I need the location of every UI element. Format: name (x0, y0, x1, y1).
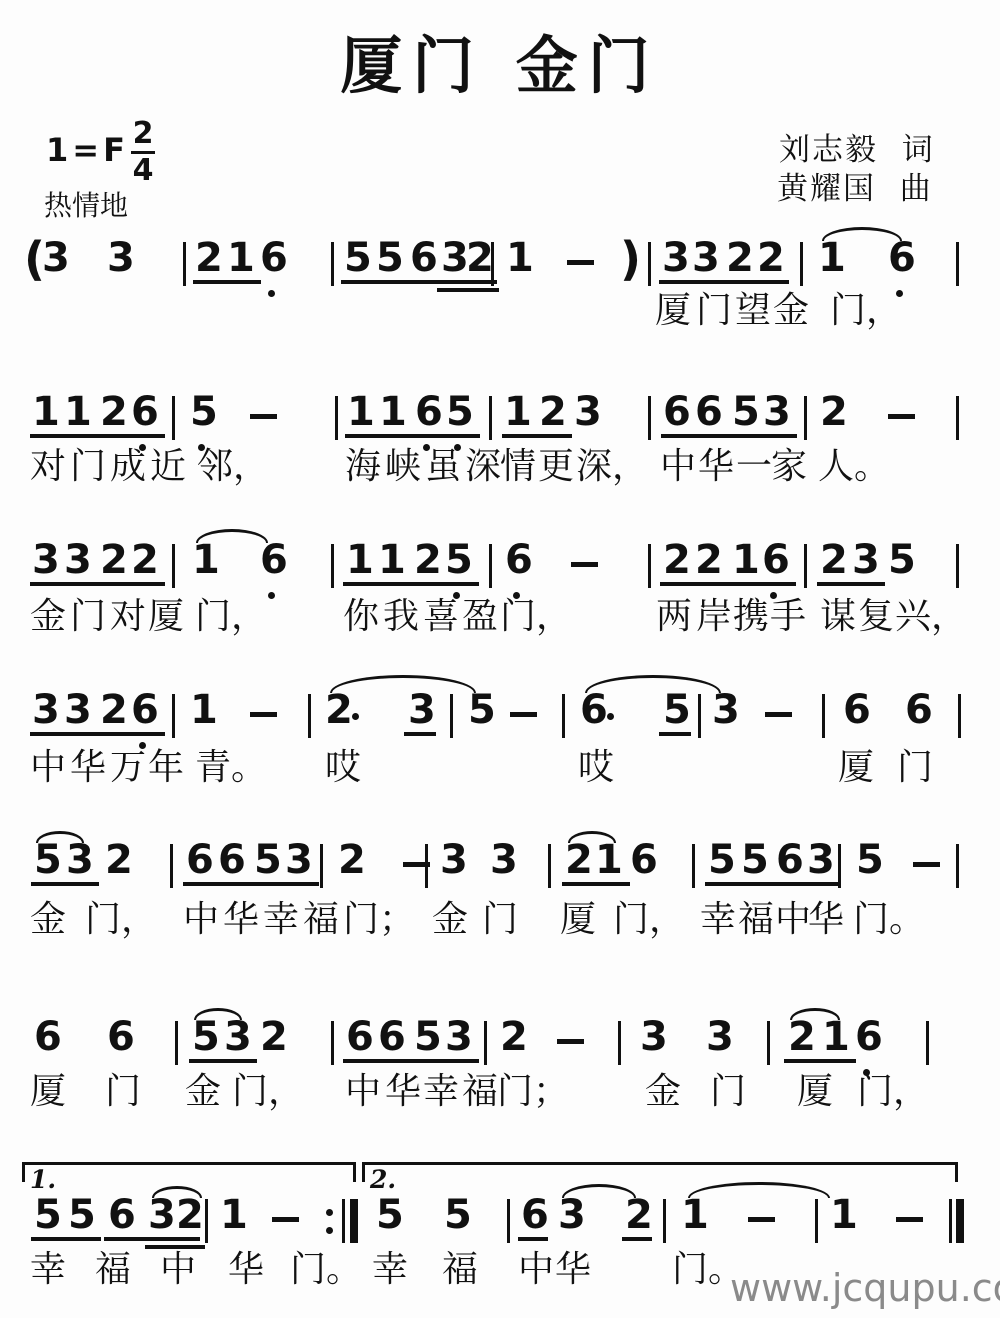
note-digit: 6 (260, 238, 288, 278)
barline (172, 396, 175, 440)
note-digit: 2 (131, 540, 159, 580)
beam-underline (562, 882, 630, 886)
note-digit: 3 (107, 238, 135, 278)
lyric-syllable: 人。 (818, 447, 890, 487)
note-digit: 3 (64, 540, 92, 580)
lyric-syllable: 门， (500, 597, 572, 637)
note-digit: 2 (757, 238, 785, 278)
lyric-syllable: 中 (183, 900, 219, 940)
lyric-syllable: 对 (110, 597, 146, 637)
note-digit: 1 (378, 540, 406, 580)
barline (507, 1199, 510, 1243)
lyric-syllable: 厦 (797, 1072, 833, 1112)
note-digit: 3 (445, 1017, 473, 1057)
note-digit: 2 (820, 540, 848, 580)
beam-underline (659, 732, 691, 736)
note-digit: 6 (888, 238, 916, 278)
slur-arc (196, 529, 268, 543)
lyric-syllable: 万 (110, 748, 146, 788)
lyric-syllable: 望 (735, 291, 771, 331)
note-digit: 2 (100, 392, 128, 432)
note-digit: 3 (42, 238, 70, 278)
duration-dash (896, 1217, 923, 1222)
note-digit: 6 (762, 540, 790, 580)
beam-underline (773, 882, 841, 886)
slur-arc (585, 675, 721, 693)
note-digit: 6 (34, 1017, 62, 1057)
duration-dash (272, 1217, 299, 1222)
slur-arc (790, 1008, 840, 1020)
note-digit: 2 (325, 690, 353, 730)
note-digit: 5 (254, 840, 282, 880)
duration-dash (250, 414, 277, 419)
slur-arc (194, 1008, 242, 1020)
barline (767, 1021, 770, 1065)
lyric-syllable: 华 (698, 447, 734, 487)
note-digit: 2 (176, 1195, 204, 1235)
note-digit: 3 (662, 238, 690, 278)
note-digit: 3 (285, 840, 313, 880)
note-digit: 1 (227, 238, 255, 278)
beam-underline (412, 434, 480, 438)
note-digit: 3 (763, 392, 791, 432)
lyric-syllable: 福 (95, 1250, 131, 1290)
lyric-syllable: 兴， (895, 597, 967, 637)
beam-underline (345, 434, 413, 438)
note-digit: 5 (444, 1195, 472, 1235)
note-digit: 3 (66, 840, 94, 880)
lyric-syllable: 两 (656, 597, 692, 637)
note-digit: 6 (695, 392, 723, 432)
note-digit: 3 (852, 540, 880, 580)
beam-underline (30, 732, 98, 736)
note-digit: 3 (440, 840, 468, 880)
note-digit: 2 (466, 238, 494, 278)
lyric-syllable: 厦 (560, 900, 596, 940)
barline (648, 242, 651, 286)
note-digit: 5 (376, 1195, 404, 1235)
lyric-syllable: 金 (185, 1072, 221, 1112)
repeat-dot (326, 1209, 333, 1216)
barline (648, 396, 651, 440)
slur-arc (568, 831, 616, 843)
note-digit: 3 (712, 690, 740, 730)
lyric-syllable: 门 (696, 291, 732, 331)
note-digit: 3 (408, 690, 436, 730)
lyric-syllable: 虽 (425, 447, 461, 487)
lyric-syllable: 门， (830, 291, 902, 331)
barline (172, 694, 175, 738)
beam-underline (729, 434, 797, 438)
note-digit: 2 (565, 840, 593, 880)
barline (308, 694, 311, 738)
duration-dash (510, 712, 537, 717)
note-digit: 3 (706, 1017, 734, 1057)
lyric-syllable: 近 (150, 447, 186, 487)
volta-bracket (22, 1162, 356, 1182)
augmentation-dot (352, 713, 359, 720)
barline (342, 1199, 345, 1243)
barline (331, 1021, 334, 1065)
note-digit: 3 (490, 840, 518, 880)
duration-dash (557, 1039, 584, 1044)
duration-dash (748, 1217, 775, 1222)
barline (331, 544, 334, 588)
lyric-syllable: 盈 (462, 597, 498, 637)
duration-dash (765, 712, 792, 717)
low-octave-dot (268, 592, 275, 599)
note-digit: 2 (100, 690, 128, 730)
lyric-syllable: 门 (482, 900, 518, 940)
lyric-syllable: 金 (432, 900, 468, 940)
note-digit: 2 (726, 238, 754, 278)
note-digit: 3 (224, 1017, 252, 1057)
beam-underline (437, 288, 499, 292)
note-digit: 2 (100, 540, 128, 580)
lyric-syllable: 华 (223, 900, 259, 940)
beam-underline (341, 280, 409, 284)
beam-underline (622, 1237, 652, 1241)
lyric-syllable: 门 (710, 1072, 746, 1112)
barline (175, 1021, 178, 1065)
note-digit: 1 (818, 238, 846, 278)
slur-arc (562, 1184, 636, 1198)
lyric-syllable: 幸 (700, 900, 736, 940)
barline (172, 544, 175, 588)
note-digit: 2 (338, 840, 366, 880)
note-digit: 2 (663, 540, 691, 580)
lyric-syllable: 华 (808, 900, 844, 940)
beam-underline (661, 434, 729, 438)
augmentation-dot (607, 713, 614, 720)
note-digit: 6 (260, 540, 288, 580)
lyric-syllable: 我 (383, 597, 419, 637)
volta-label: 2. (370, 1167, 396, 1193)
lyric-syllable: 厦 (148, 597, 184, 637)
note-digit: 1 (190, 690, 218, 730)
lyric-syllable: 华 (70, 748, 106, 788)
lyric-syllable: 厦 (655, 291, 691, 331)
note-digit: 6 (905, 690, 933, 730)
lyric-syllable: 一 (736, 447, 772, 487)
lyric-syllable: 福 (462, 1072, 498, 1112)
duration-dash (571, 562, 598, 567)
note-digit: 1 (732, 540, 760, 580)
beam-underline (97, 732, 165, 736)
lyric-syllable: 门 (897, 748, 933, 788)
barline (698, 694, 701, 738)
beam-underline (97, 434, 165, 438)
note-digit: 3 (807, 840, 835, 880)
lyric-syllable: 青。 (195, 748, 267, 788)
lyric-syllable: 厦 (838, 748, 874, 788)
barline (958, 694, 961, 738)
barline-thick (350, 1199, 358, 1243)
barline (949, 1199, 952, 1243)
note-digit: 1 (379, 392, 407, 432)
lyric-syllable: 岸 (696, 597, 732, 637)
barline (822, 694, 825, 738)
slur-arc (822, 227, 902, 241)
barline (815, 1199, 818, 1243)
note-digit: 6 (843, 690, 871, 730)
note-digit: 2 (820, 392, 848, 432)
note-digit: 6 (186, 840, 214, 880)
repeat-dot (326, 1227, 333, 1234)
lyric-syllable: 你 (343, 597, 379, 637)
note-digit: 3 (692, 238, 720, 278)
lyric-syllable: 门， (857, 1072, 929, 1112)
lyric-syllable: 门。 (290, 1250, 362, 1290)
note-digit: 6 (107, 1017, 135, 1057)
note-digit: 1 (506, 238, 534, 278)
slur-arc (36, 831, 84, 843)
barline-thick (956, 1199, 964, 1243)
note-digit: 1 (346, 540, 374, 580)
note-digit: 3 (32, 690, 60, 730)
lyric-syllable: 邻， (197, 447, 269, 487)
note-digit: 6 (630, 840, 658, 880)
note-digit: 2 (788, 1017, 816, 1057)
beam-underline (817, 582, 885, 586)
lyric-syllable: 华 (555, 1250, 591, 1290)
lyric-syllable: 海 (345, 447, 381, 487)
note-digit: 6 (415, 392, 443, 432)
note-digit: 5 (468, 690, 496, 730)
lyric-syllable: 福 (442, 1250, 478, 1290)
lyric-syllable: 门， (85, 900, 157, 940)
slur-arc (152, 1186, 202, 1198)
beam-underline (97, 582, 165, 586)
lyric-syllable: 门 (70, 597, 106, 637)
lyric-syllable: 幸 (30, 1250, 66, 1290)
beam-underline (251, 882, 319, 886)
low-octave-dot (268, 290, 275, 297)
note-digit: 2 (625, 1195, 653, 1235)
note-digit: 5 (445, 540, 473, 580)
barline (331, 242, 334, 286)
note-digit: 1 (830, 1195, 858, 1235)
lyric-syllable: 华 (385, 1072, 421, 1112)
note-digit: 6 (108, 1195, 136, 1235)
parenthesis: ) (620, 236, 641, 282)
lyric-syllable: 幸 (263, 900, 299, 940)
note-digit: 6 (410, 238, 438, 278)
lyric-syllable: 门； (497, 1072, 569, 1112)
barline (804, 544, 807, 588)
barline (804, 396, 807, 440)
lyric-syllable: 对 (30, 447, 66, 487)
lyric-syllable: 门， (613, 900, 685, 940)
barline (663, 1199, 666, 1243)
barline (956, 844, 959, 888)
lyric-syllable: 中 (660, 447, 696, 487)
lyric-syllable: 手 (770, 597, 806, 637)
note-digit: 6 (663, 392, 691, 432)
slur-arc (330, 675, 476, 693)
lyric-syllable: 幸 (372, 1250, 408, 1290)
note-digit: 6 (505, 540, 533, 580)
note-digit: 1 (347, 392, 375, 432)
note-digit: 2 (539, 392, 567, 432)
beam-underline (189, 1059, 257, 1063)
barline (548, 844, 551, 888)
lyric-syllable: 深 (465, 447, 501, 487)
barline (489, 544, 492, 588)
lyric-syllable: 复 (858, 597, 894, 637)
note-digit: 6 (776, 840, 804, 880)
barline (205, 1199, 208, 1243)
duration-dash (888, 414, 915, 419)
note-digit: 5 (888, 540, 916, 580)
barline (484, 1021, 487, 1065)
note-digit: 5 (414, 1017, 442, 1057)
note-digit: 6 (218, 840, 246, 880)
beam-underline (343, 1059, 411, 1063)
lyric-syllable: 中 (775, 900, 811, 940)
barline (956, 544, 959, 588)
note-digit: 5 (663, 690, 691, 730)
duration-dash (250, 712, 277, 717)
beam-underline (183, 882, 251, 886)
beam-underline (30, 582, 98, 586)
note-digit: 5 (344, 238, 372, 278)
lyric-syllable: 中 (518, 1250, 554, 1290)
lyric-syllable: 门 (105, 1072, 141, 1112)
note-digit: 5 (34, 840, 62, 880)
beam-underline (723, 280, 789, 284)
note-digit: 1 (681, 1195, 709, 1235)
note-digit: 3 (441, 238, 469, 278)
beam-underline (518, 1237, 548, 1241)
note-digit: 5 (446, 392, 474, 432)
note-digit: 2 (414, 540, 442, 580)
volta-bracket (362, 1162, 958, 1182)
note-digit: 5 (68, 1195, 96, 1235)
note-digit: 5 (34, 1195, 62, 1235)
lyric-syllable: 金 (773, 291, 809, 331)
lyric-syllable: 年 (148, 748, 184, 788)
beam-underline (411, 582, 479, 586)
note-digit: 3 (640, 1017, 668, 1057)
note-digit: 3 (148, 1195, 176, 1235)
note-digit: 3 (64, 690, 92, 730)
lyric-syllable: 更 (538, 447, 574, 487)
lyric-syllable: 中 (30, 748, 66, 788)
note-digit: 5 (732, 392, 760, 432)
beam-underline (784, 1059, 856, 1063)
lyric-syllable: 门， (232, 1072, 304, 1112)
beam-underline (30, 434, 98, 438)
beam-underline (193, 280, 261, 284)
note-digit: 5 (856, 840, 884, 880)
lyric-syllable: 门 (70, 447, 106, 487)
beam-underline (728, 582, 796, 586)
beam-underline (31, 882, 99, 886)
beam-underline (404, 732, 436, 736)
note-digit: 6 (521, 1195, 549, 1235)
lyric-syllable: 金 (30, 597, 66, 637)
sheet-music-page: 厦门 金门 1=F 2 4 热情地 刘志毅 词 黄耀国 曲 (332165563… (0, 0, 1000, 1318)
lyric-syllable: 家 (771, 447, 807, 487)
score-area: (33216556321)332216厦门望金门，112651165123665… (0, 0, 1000, 1318)
lyric-syllable: 金 (645, 1072, 681, 1112)
note-digit: 3 (558, 1195, 586, 1235)
beam-underline (407, 280, 497, 284)
beam-underline (659, 280, 725, 284)
note-digit: 1 (220, 1195, 248, 1235)
barline (956, 242, 959, 286)
note-digit: 6 (131, 690, 159, 730)
note-digit: 1 (192, 540, 220, 580)
barline (335, 396, 338, 440)
note-digit: 1 (32, 392, 60, 432)
beam-underline (502, 434, 572, 438)
note-digit: 6 (131, 392, 159, 432)
lyric-syllable: 哎 (325, 748, 361, 788)
barline (450, 694, 453, 738)
lyric-syllable: 情 (500, 447, 536, 487)
lyric-syllable: 中 (160, 1250, 196, 1290)
note-digit: 3 (32, 540, 60, 580)
lyric-syllable: 深， (576, 447, 648, 487)
volta-label: 1. (30, 1167, 56, 1193)
note-digit: 5 (376, 238, 404, 278)
note-digit: 2 (695, 540, 723, 580)
note-digit: 5 (708, 840, 736, 880)
note-digit: 3 (574, 392, 602, 432)
lyric-syllable: 峡 (385, 447, 421, 487)
note-digit: 1 (595, 840, 623, 880)
note-digit: 1 (822, 1017, 850, 1057)
duration-dash (913, 862, 940, 867)
beam-underline (343, 582, 411, 586)
note-digit: 6 (378, 1017, 406, 1057)
barline (489, 396, 492, 440)
note-digit: 5 (192, 1017, 220, 1057)
beam-underline (660, 582, 728, 586)
lyric-syllable: 携 (733, 597, 769, 637)
barline (170, 844, 173, 888)
barline (692, 844, 695, 888)
note-digit: 6 (346, 1017, 374, 1057)
lyric-syllable: 厦 (30, 1072, 66, 1112)
note-digit: 6 (580, 690, 608, 730)
barline (956, 396, 959, 440)
note-digit: 2 (500, 1017, 528, 1057)
lyric-syllable: 门， (195, 597, 267, 637)
barline (926, 1021, 929, 1065)
barline (618, 1021, 621, 1065)
note-digit: 2 (105, 840, 133, 880)
beam-underline (705, 882, 773, 886)
note-digit: 6 (855, 1017, 883, 1057)
note-digit: 1 (504, 392, 532, 432)
note-digit: 2 (195, 238, 223, 278)
lyric-syllable: 华 (228, 1250, 264, 1290)
lyric-syllable: 福 (303, 900, 339, 940)
lyric-syllable: 金 (30, 900, 66, 940)
barline (562, 694, 565, 738)
barline (800, 242, 803, 286)
note-digit: 2 (260, 1017, 288, 1057)
lyric-syllable: 谋 (820, 597, 856, 637)
beam-underline (31, 1237, 101, 1241)
note-digit: 5 (741, 840, 769, 880)
beam-underline (104, 1237, 200, 1241)
note-digit: 1 (64, 392, 92, 432)
lyric-syllable: 喜 (423, 597, 459, 637)
